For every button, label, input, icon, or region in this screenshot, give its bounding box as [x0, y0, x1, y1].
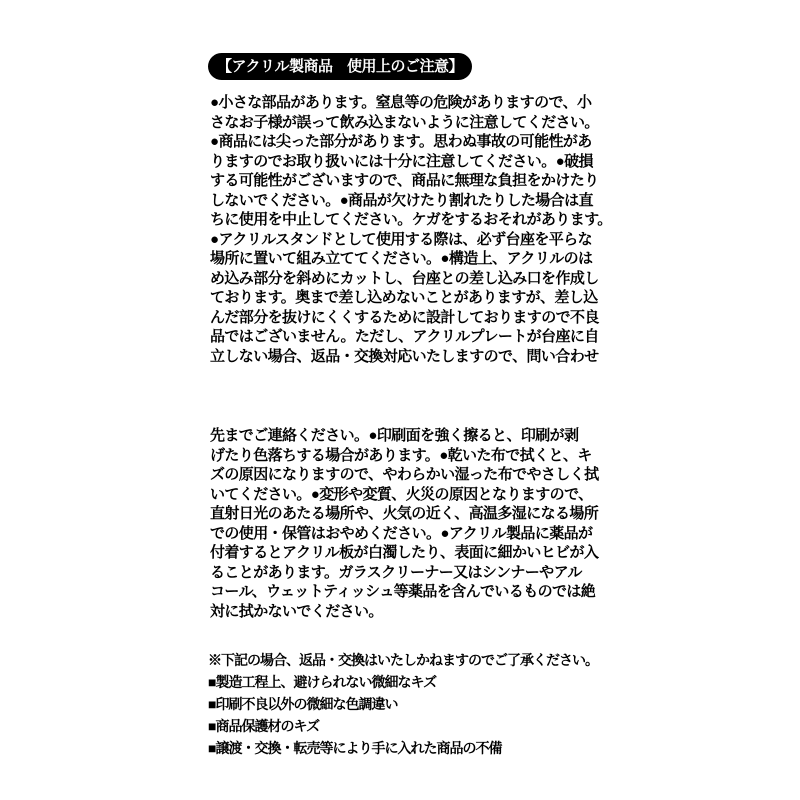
caution-line: ●小さな部品があります。窒息等の危険がありますので、小	[210, 93, 630, 113]
caution-line: 立しない場合、返品・交換対応いたしますので、問い合わせ	[210, 347, 630, 367]
caution-line: 対に拭かないでください。	[210, 602, 630, 622]
caution-line: いてください。●変形や変質、火災の原因となりますので、	[210, 485, 630, 505]
caution-document-page: 【アクリル製商品 使用上のご注意】 ●小さな部品があります。窒息等の危険がありま…	[0, 0, 800, 800]
caution-paragraph-2: 先までご連絡ください。●印刷面を強く擦ると、印刷が剥 げたり色落ちする場合があり…	[210, 426, 630, 621]
caution-line: ズの原因になりますので、やわらかい湿った布でやさしく拭	[210, 465, 630, 485]
caution-line: コール、ウェットティッシュ等薬品を含んでいるものでは絶	[210, 582, 630, 602]
caution-line: りますのでお取り扱いには十分に注意してください。●破損	[210, 152, 630, 172]
caution-line: する可能性がございますので、商品に無理な負担をかけたり	[210, 171, 630, 191]
caution-line: 先までご連絡ください。●印刷面を強く擦ると、印刷が剥	[210, 426, 630, 446]
caution-line: ております。奥まで差し込めないことがありますが、差し込	[210, 288, 630, 308]
caution-paragraph-1: ●小さな部品があります。窒息等の危険がありますので、小 さなお子様が誤って飲み込…	[210, 93, 630, 366]
caution-line: ちに使用を中止してください。ケガをするおそれがあります。	[210, 210, 630, 230]
caution-line: ●商品には尖った部分があります。思わぬ事故の可能性があ	[210, 132, 630, 152]
notes-item: ■譲渡・交換・転売等により手に入れた商品の不備	[208, 737, 630, 759]
caution-line: 直射日光のあたる場所や、火気の近く、高温多湿になる場所	[210, 504, 630, 524]
caution-line: 品ではございません。ただし、アクリルプレートが台座に自	[210, 327, 630, 347]
caution-line: 付着するとアクリル板が白濁したり、表面に細かいヒビが入	[210, 543, 630, 563]
notes-heading: ※下記の場合、返品・交換はいたしかねますのでご了承ください。	[208, 649, 630, 671]
caution-line: での使用・保管はおやめください。●アクリル製品に薬品が	[210, 524, 630, 544]
notes-item: ■商品保護材のキズ	[208, 715, 630, 737]
caution-line: ●アクリルスタンドとして使用する際は、必ず台座を平らな	[210, 230, 630, 250]
caution-line: ることがあります。ガラスクリーナー又はシンナーやアル	[210, 563, 630, 583]
caution-line: め込み部分を斜めにカットし、台座との差し込み口を作成し	[210, 269, 630, 289]
notes-item: ■製造工程上、避けられない微細なキズ	[208, 671, 630, 693]
caution-line: しないでください。●商品が欠けたり割れたりした場合は直	[210, 191, 630, 211]
caution-line: さなお子様が誤って飲み込まないように注意してください。	[210, 113, 630, 133]
caution-line: 場所に置いて組み立ててください。●構造上、アクリルのは	[210, 249, 630, 269]
caution-line: げたり色落ちする場合があります。●乾いた布で拭くと、キ	[210, 446, 630, 466]
caution-line: んだ部分を抜けにくくするために設計しておりますので不良	[210, 308, 630, 328]
notes-item: ■印刷不良以外の微細な色調違い	[208, 693, 630, 715]
return-policy-notes: ※下記の場合、返品・交換はいたしかねますのでご了承ください。 ■製造工程上、避け…	[208, 649, 630, 759]
document-title-pill: 【アクリル製商品 使用上のご注意】	[208, 53, 472, 80]
